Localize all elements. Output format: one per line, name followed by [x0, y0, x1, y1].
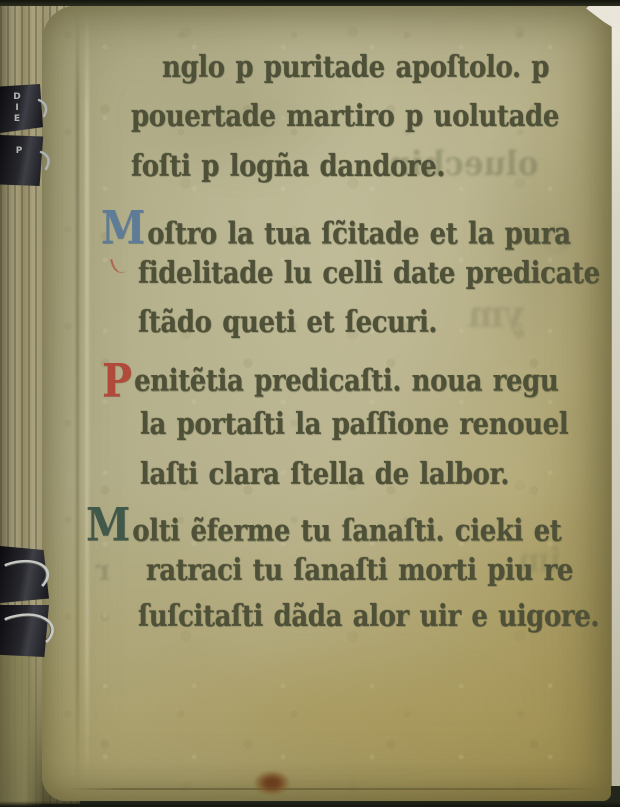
manuscript-line-5: fidelitade lu celli date predicate: [138, 259, 600, 289]
photo-bottom-edge: [0, 801, 620, 807]
line-text: olti ẽferme tu ſanaſti. cieki et: [132, 514, 561, 548]
manuscript-line-9: laſti clara ſtella de lalbor.: [140, 460, 509, 490]
manuscript-line-2: pouertade martiro p uolutade: [131, 102, 559, 132]
photo-top-edge: [0, 0, 620, 6]
manuscript-line-11: ratraci tu ſanaſti morti piu re: [146, 556, 573, 586]
text-block: nglo p puritade apoſtolo. p pouertade ma…: [0, 0, 620, 807]
manuscript-line-7: Penitẽtia predicaſti. noua regu: [102, 353, 558, 399]
manuscript-photo: oluechin e ym r im nglo p puritade apoſt…: [0, 0, 620, 807]
red-pen-flourish: [110, 257, 125, 275]
next-page-edge: [611, 0, 620, 786]
manuscript-line-8: la portaſti la paſſione renouel: [140, 410, 568, 440]
binder-clips-top: DIE P: [0, 84, 58, 190]
versal-initial-blue: M: [101, 201, 145, 255]
clip-wire-handles-icon: [0, 84, 58, 190]
brown-stain: [254, 771, 290, 795]
manuscript-line-12: ſuſcitaſti dãda alor uir e uigore.: [138, 602, 599, 632]
line-text: oſtro la tua ſc̃itade et la pura: [147, 217, 570, 251]
binding-corner-wrap: [0, 650, 44, 807]
manuscript-line-4: Moſtro la tua ſc̃itade et la pura: [101, 206, 571, 252]
clip-wire-handles-icon: [0, 543, 68, 661]
manuscript-line-1: nglo p puritade apoſtolo. p: [162, 53, 549, 83]
manuscript-line-6: ſtãdo queti et ſecuri.: [138, 308, 437, 338]
versal-initial-red: P: [102, 354, 132, 408]
binder-clips-bottom: [0, 543, 68, 661]
manuscript-line-10: Molti ẽferme tu ſanaſti. cieki et: [86, 503, 561, 549]
parchment-crease: [70, 788, 600, 790]
manuscript-line-3: foſti p logña dandore.: [131, 152, 445, 182]
versal-initial-green: M: [86, 498, 130, 552]
line-text: enitẽtia predicaſti. noua regu: [134, 364, 558, 398]
